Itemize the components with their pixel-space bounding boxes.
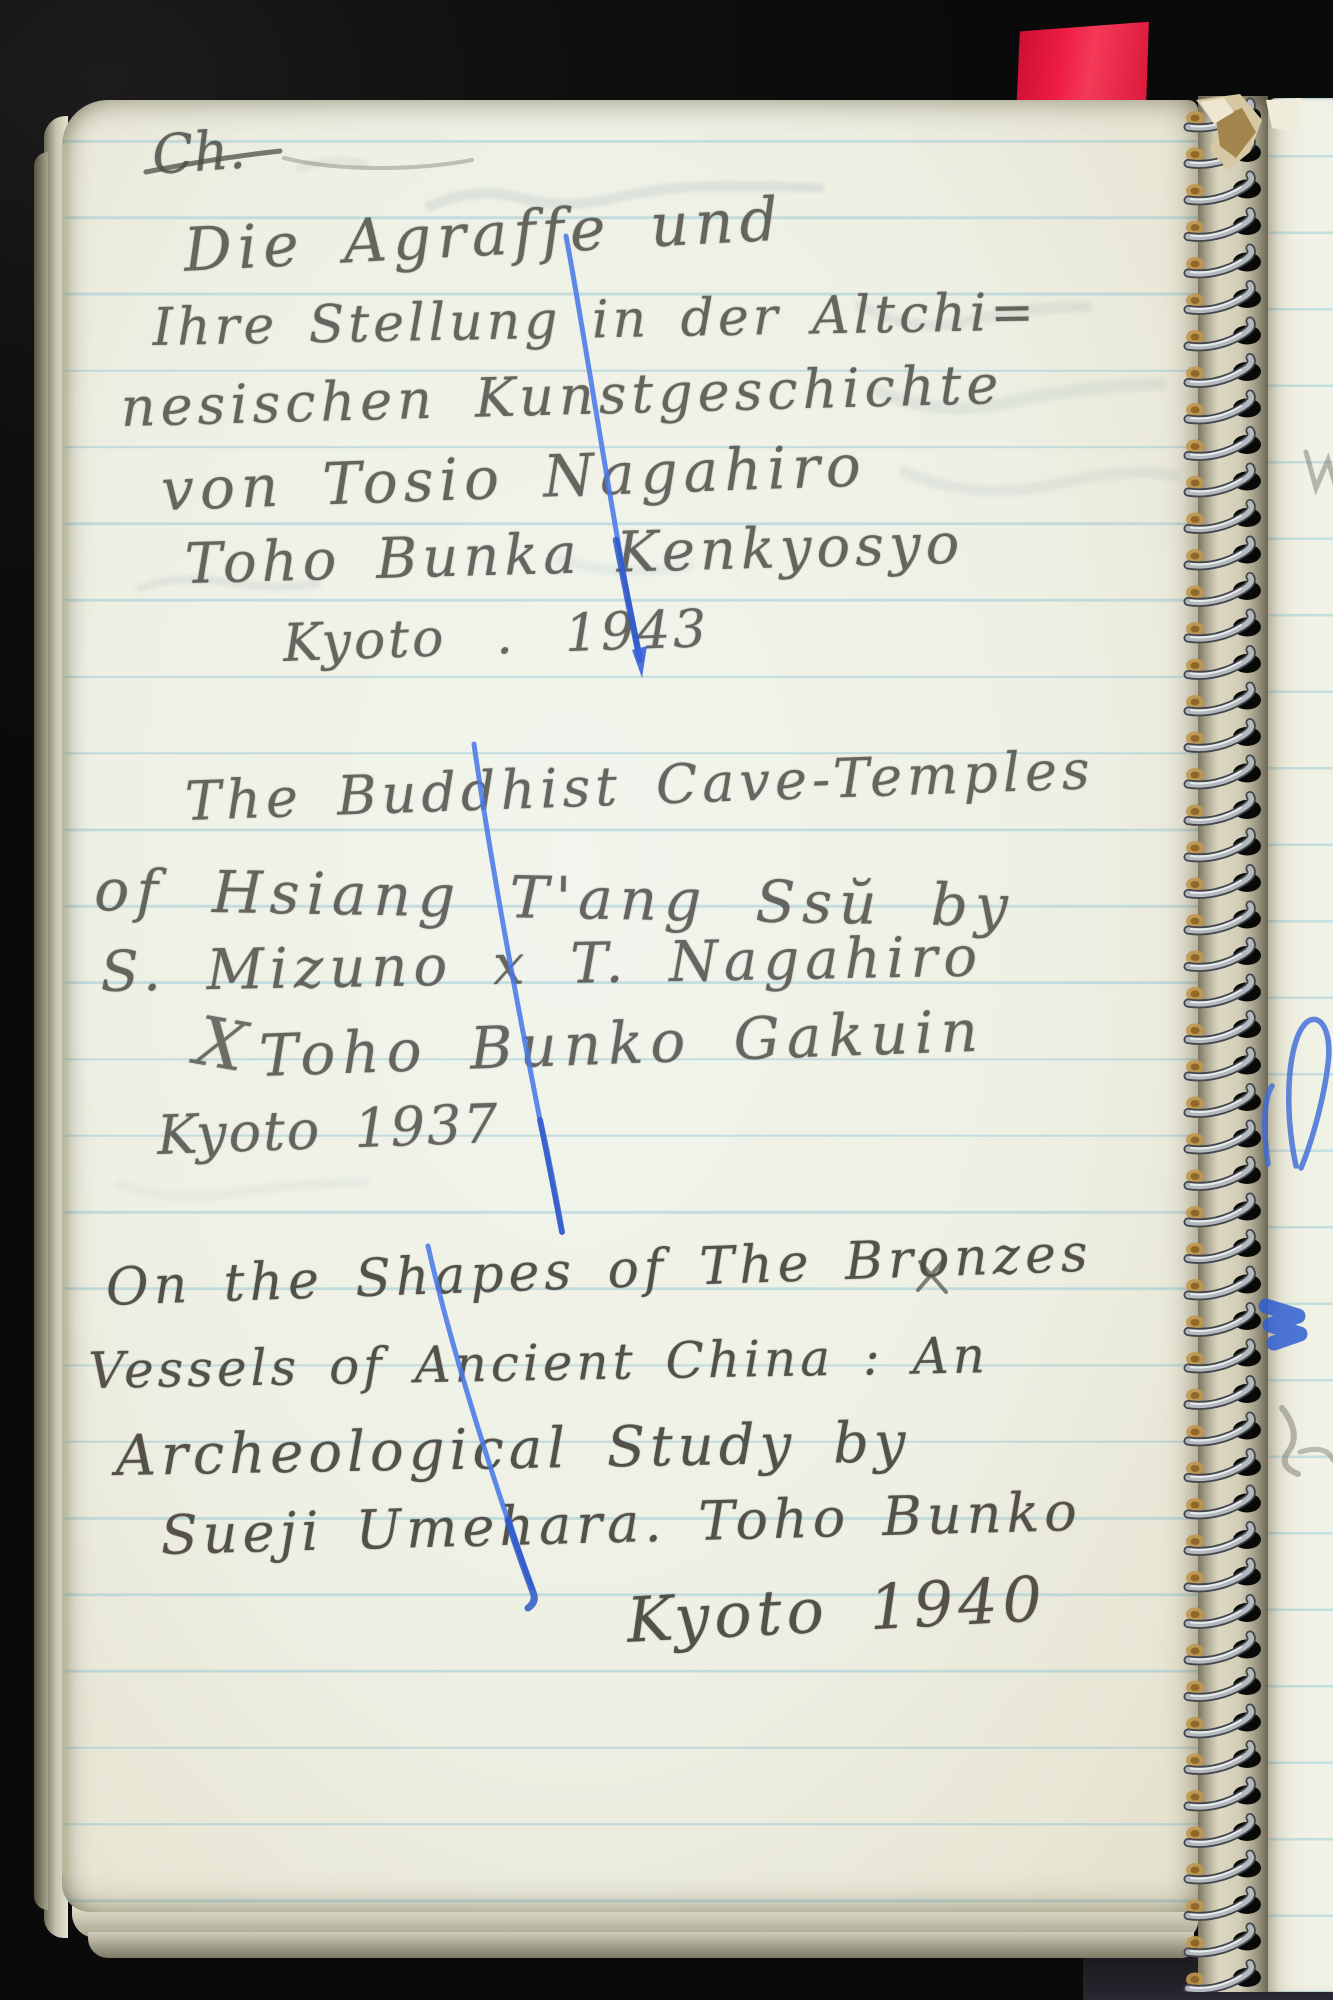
blue-strike-entry2: [474, 744, 562, 1232]
blue-strike-entry1: [566, 236, 647, 678]
stray-pencil-mark: [918, 1260, 946, 1292]
heading-tail: [284, 158, 472, 168]
heading-strike: [146, 151, 280, 172]
ink-marks: [0, 0, 1333, 2000]
blue-strike-entry3: [428, 1246, 534, 1608]
right-page-ink-scribble: [1265, 1019, 1329, 1343]
notebook-photo: Ch. Die Agraffe und Ihre Stellung in der…: [0, 0, 1333, 2000]
